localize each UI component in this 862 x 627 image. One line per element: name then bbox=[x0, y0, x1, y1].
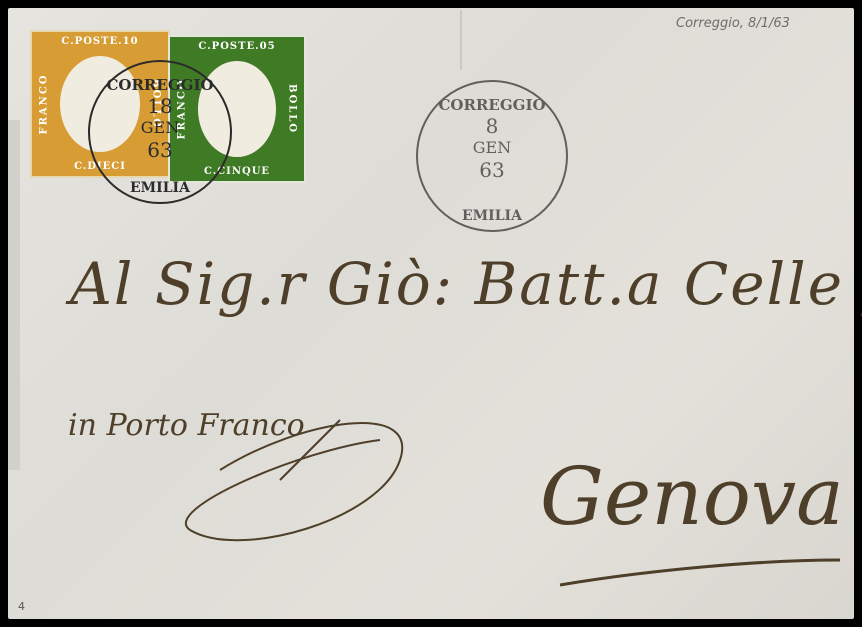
corner-pencil-mark: 4 bbox=[18, 600, 25, 613]
handwriting-flourishes bbox=[0, 0, 862, 627]
